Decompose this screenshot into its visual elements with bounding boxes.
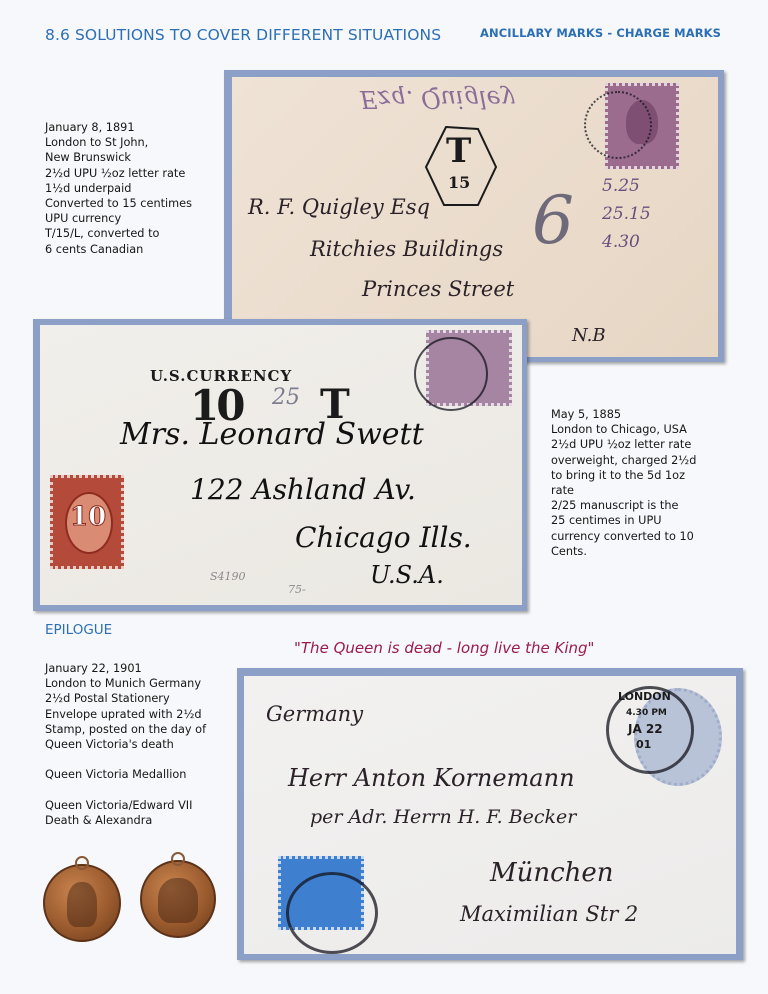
queen-victoria-medallion	[43, 864, 121, 942]
cover-2-postage-due-stamp: 10	[50, 475, 124, 569]
epilogue-quote: "The Queen is dead - long live the King"	[294, 639, 594, 657]
cover-3-stamp-postmark	[286, 872, 378, 954]
cover-1-address-line2: Princes Street	[362, 277, 514, 301]
epilogue-description: January 22, 1901 London to Munich German…	[45, 661, 206, 828]
cover-1-description: January 8, 1891 London to St John, New B…	[45, 120, 192, 257]
postage-due-value: 10	[70, 502, 106, 532]
cover-2-addressee: Mrs. Leonard Swett	[120, 417, 424, 452]
cover-3-address-line1: per Adr. Herrn H. F. Becker	[310, 806, 576, 828]
cover-2-address-line1: 122 Ashland Av.	[190, 473, 416, 506]
cover-1-envelope: T 15 6 Ezq. Quigley 5.2525.154.30 R. F. …	[232, 77, 718, 357]
cover-3-address-line3: Maximilian Str 2	[460, 902, 638, 926]
cover-3-country: Germany	[266, 702, 363, 726]
cover-2-pencil-note2: 75-	[288, 583, 306, 596]
cover-2-pencil-note1: S4190	[210, 570, 246, 583]
cover-3-postmark-city: LONDON	[618, 690, 671, 703]
edward-alexandra-medallion	[140, 860, 216, 938]
cover-1-postmark	[584, 91, 652, 159]
page-title: 8.6 SOLUTIONS TO COVER DIFFERENT SITUATI…	[45, 26, 441, 44]
cover-3-postmark-date: JA 22	[628, 722, 663, 736]
cover-3-address-line2: München	[490, 858, 614, 888]
cover-1-rate-notes: 5.2525.154.30	[602, 172, 651, 256]
cover-2-manuscript-charge: 25	[272, 385, 300, 410]
epilogue-heading: EPILOGUE	[45, 622, 112, 638]
cover-1-tax-number: 15	[448, 173, 470, 192]
cover-1-address-line3: N.B	[572, 325, 606, 346]
cover-2-envelope: U.S.CURRENCY 10 T 25 Mrs. Leonard Swett …	[40, 325, 522, 605]
cover-1-manuscript-charge: 6	[532, 182, 574, 259]
cover-1-address-line1: Ritchies Buildings	[310, 237, 503, 261]
cover-2-address-line3: U.S.A.	[370, 561, 444, 589]
page-subtitle: ANCILLARY MARKS - CHARGE MARKS	[480, 26, 721, 40]
cover-2-postmark	[414, 337, 488, 411]
cover-3-addressee: Herr Anton Kornemann	[288, 764, 575, 792]
cover-1-tax-letter: T	[446, 131, 471, 171]
cover-2-description: May 5, 1885 London to Chicago, USA 2½d U…	[551, 407, 696, 559]
cover-3-postmark-time: 4.30 PM	[626, 708, 667, 718]
cover-2-address-line2: Chicago Ills.	[295, 521, 472, 554]
cover-3-envelope: LONDON 4.30 PM JA 22 01 Germany Herr Ant…	[244, 676, 736, 954]
cover-1-addressee: R. F. Quigley Esq	[248, 195, 430, 219]
cover-3-postmark-year: 01	[636, 738, 651, 751]
cover-1-offset-writing: Ezq. Quigley	[360, 85, 514, 113]
